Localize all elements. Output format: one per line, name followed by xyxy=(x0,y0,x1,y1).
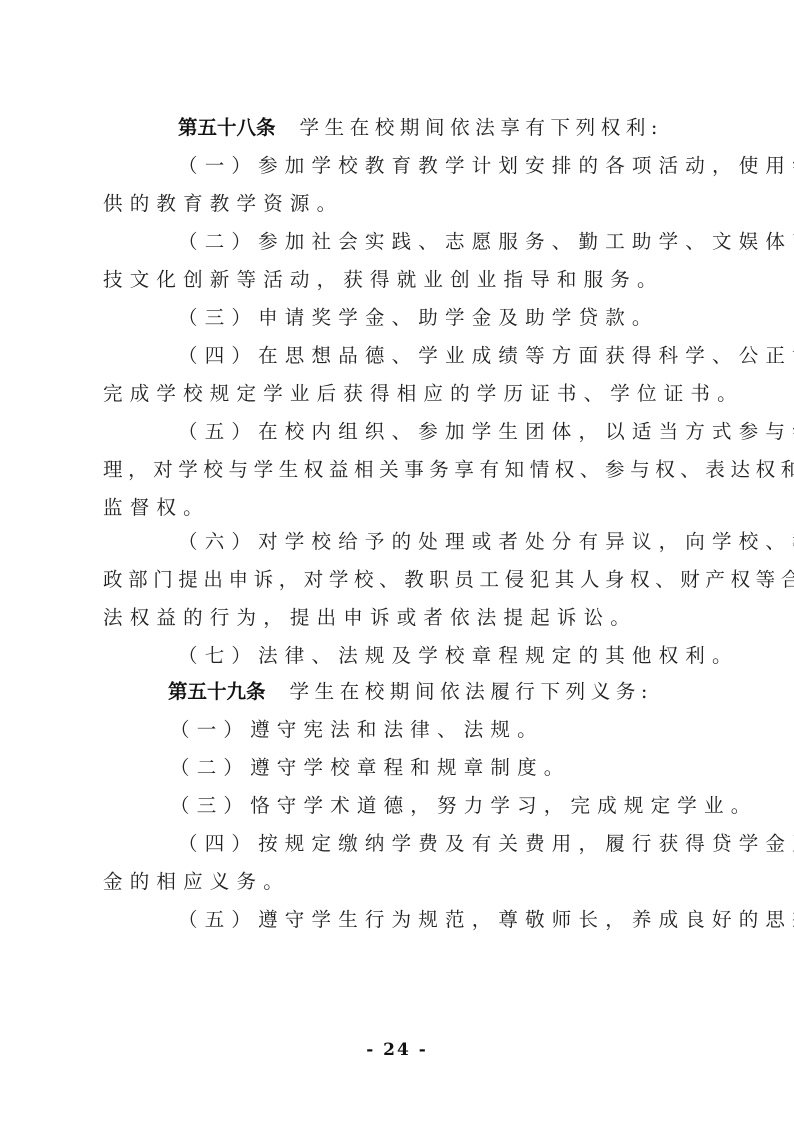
article-58-line-12: 政部门提出申诉，对学校、教职员工侵犯其人身权、财产权等合 xyxy=(103,561,703,599)
article-59-line-6: （五）遵守学生行为规范，尊敬师长，养成良好的思想品德 xyxy=(178,901,703,939)
page-number: - 24 - xyxy=(0,1040,794,1060)
article-59-line-3: （三）恪守学术道德，努力学习，完成规定学业。 xyxy=(170,787,703,825)
article-58-line-13: 法权益的行为，提出申诉或者依法提起诉讼。 xyxy=(103,599,703,637)
document-page: 第五十八条学生在校期间依法享有下列权利: （一）参加学校教育教学计划安排的各项活… xyxy=(0,0,794,1124)
article-58-line-3: （二）参加社会实践、志愿服务、勤工助学、文娱体育及科 xyxy=(178,223,703,261)
article-58-line-6: （四）在思想品德、学业成绩等方面获得科学、公正评价， xyxy=(178,337,703,375)
article-58-line-4: 技文化创新等活动，获得就业创业指导和服务。 xyxy=(103,261,703,299)
article-58-line-7: 完成学校规定学业后获得相应的学历证书、学位证书。 xyxy=(103,375,703,413)
article-58-line-2: 供的教育教学资源。 xyxy=(103,185,703,223)
article-59-line-1: （一）遵守宪法和法律、法规。 xyxy=(170,711,703,749)
article-58-line-5: （三）申请奖学金、助学金及助学贷款。 xyxy=(178,299,703,337)
article-58-lead: 学生在校期间依法享有下列权利: xyxy=(300,116,664,139)
article-58-title: 第五十八条 xyxy=(178,116,276,139)
article-58-line-14: （七）法律、法规及学校章程规定的其他权利。 xyxy=(178,637,703,675)
article-58-heading: 第五十八条学生在校期间依法享有下列权利: xyxy=(178,109,703,147)
article-59-line-2: （二）遵守学校章程和规章制度。 xyxy=(170,749,703,787)
article-59-title: 第五十九条 xyxy=(168,680,266,703)
article-58-line-9: 理，对学校与学生权益相关事务享有知情权、参与权、表达权和 xyxy=(103,451,703,489)
article-59-line-5: 金的相应义务。 xyxy=(103,863,703,901)
article-59-heading: 第五十九条学生在校期间依法履行下列义务: xyxy=(168,673,768,711)
article-58-line-10: 监督权。 xyxy=(103,489,703,527)
article-58-line-1: （一）参加学校教育教学计划安排的各项活动，使用学校提 xyxy=(178,147,703,185)
article-58-line-8: （五）在校内组织、参加学生团体，以适当方式参与学校管 xyxy=(178,413,703,451)
article-59-lead: 学生在校期间依法履行下列义务: xyxy=(290,680,654,703)
article-59-line-4: （四）按规定缴纳学费及有关费用，履行获得贷学金及助学 xyxy=(178,825,703,863)
article-58-line-11: （六）对学校给予的处理或者处分有异议，向学校、教育行 xyxy=(178,523,703,561)
